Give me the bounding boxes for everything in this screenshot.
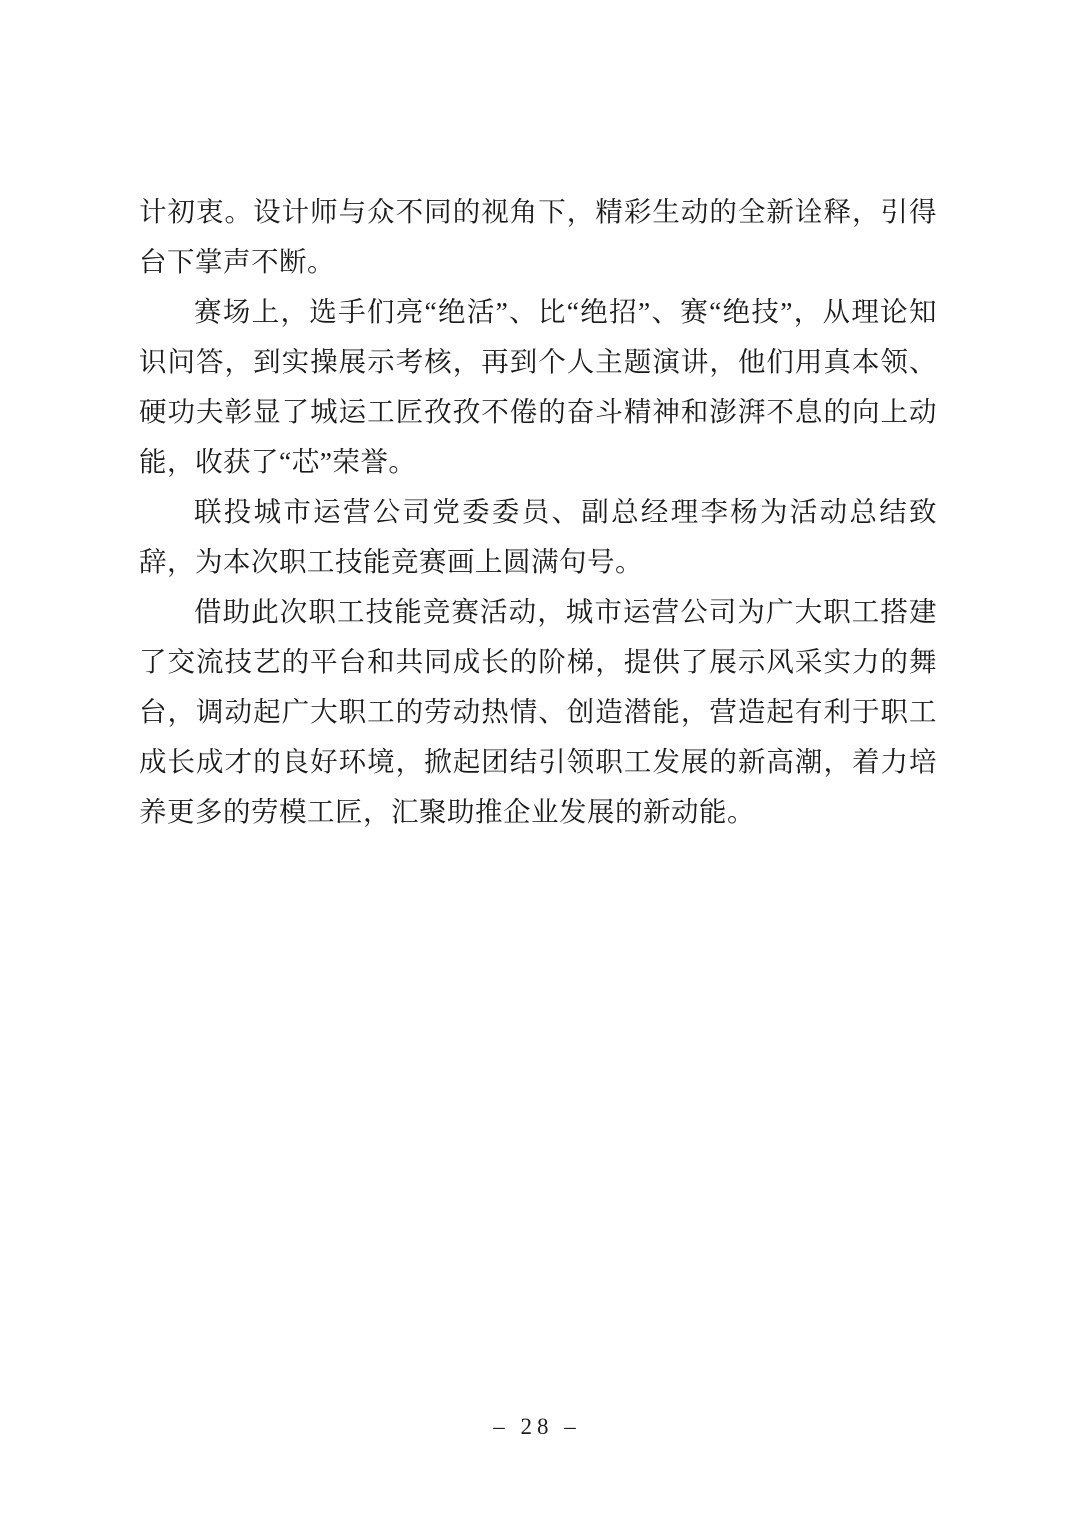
paragraph-competition-scene: 赛场上，选手们亮“绝活”、比“绝招”、赛“绝技”，从理论知识问答，到实操展示考核… [139,287,937,487]
paragraph-closing-speech: 联投城市运营公司党委委员、副总经理李杨为活动总结致辞，为本次职工技能竞赛画上圆满… [139,487,937,587]
paragraph-continuation: 计初衷。设计师与众不同的视角下，精彩生动的全新诠释，引得台下掌声不断。 [139,187,937,287]
paragraph-summary: 借助此次职工技能竞赛活动，城市运营公司为广大职工搭建了交流技艺的平台和共同成长的… [139,587,937,837]
document-page: 计初衷。设计师与众不同的视角下，精彩生动的全新诠释，引得台下掌声不断。 赛场上，… [0,0,1074,1520]
document-body: 计初衷。设计师与众不同的视角下，精彩生动的全新诠释，引得台下掌声不断。 赛场上，… [139,187,937,837]
page-number: – 28 – [0,1414,1074,1440]
